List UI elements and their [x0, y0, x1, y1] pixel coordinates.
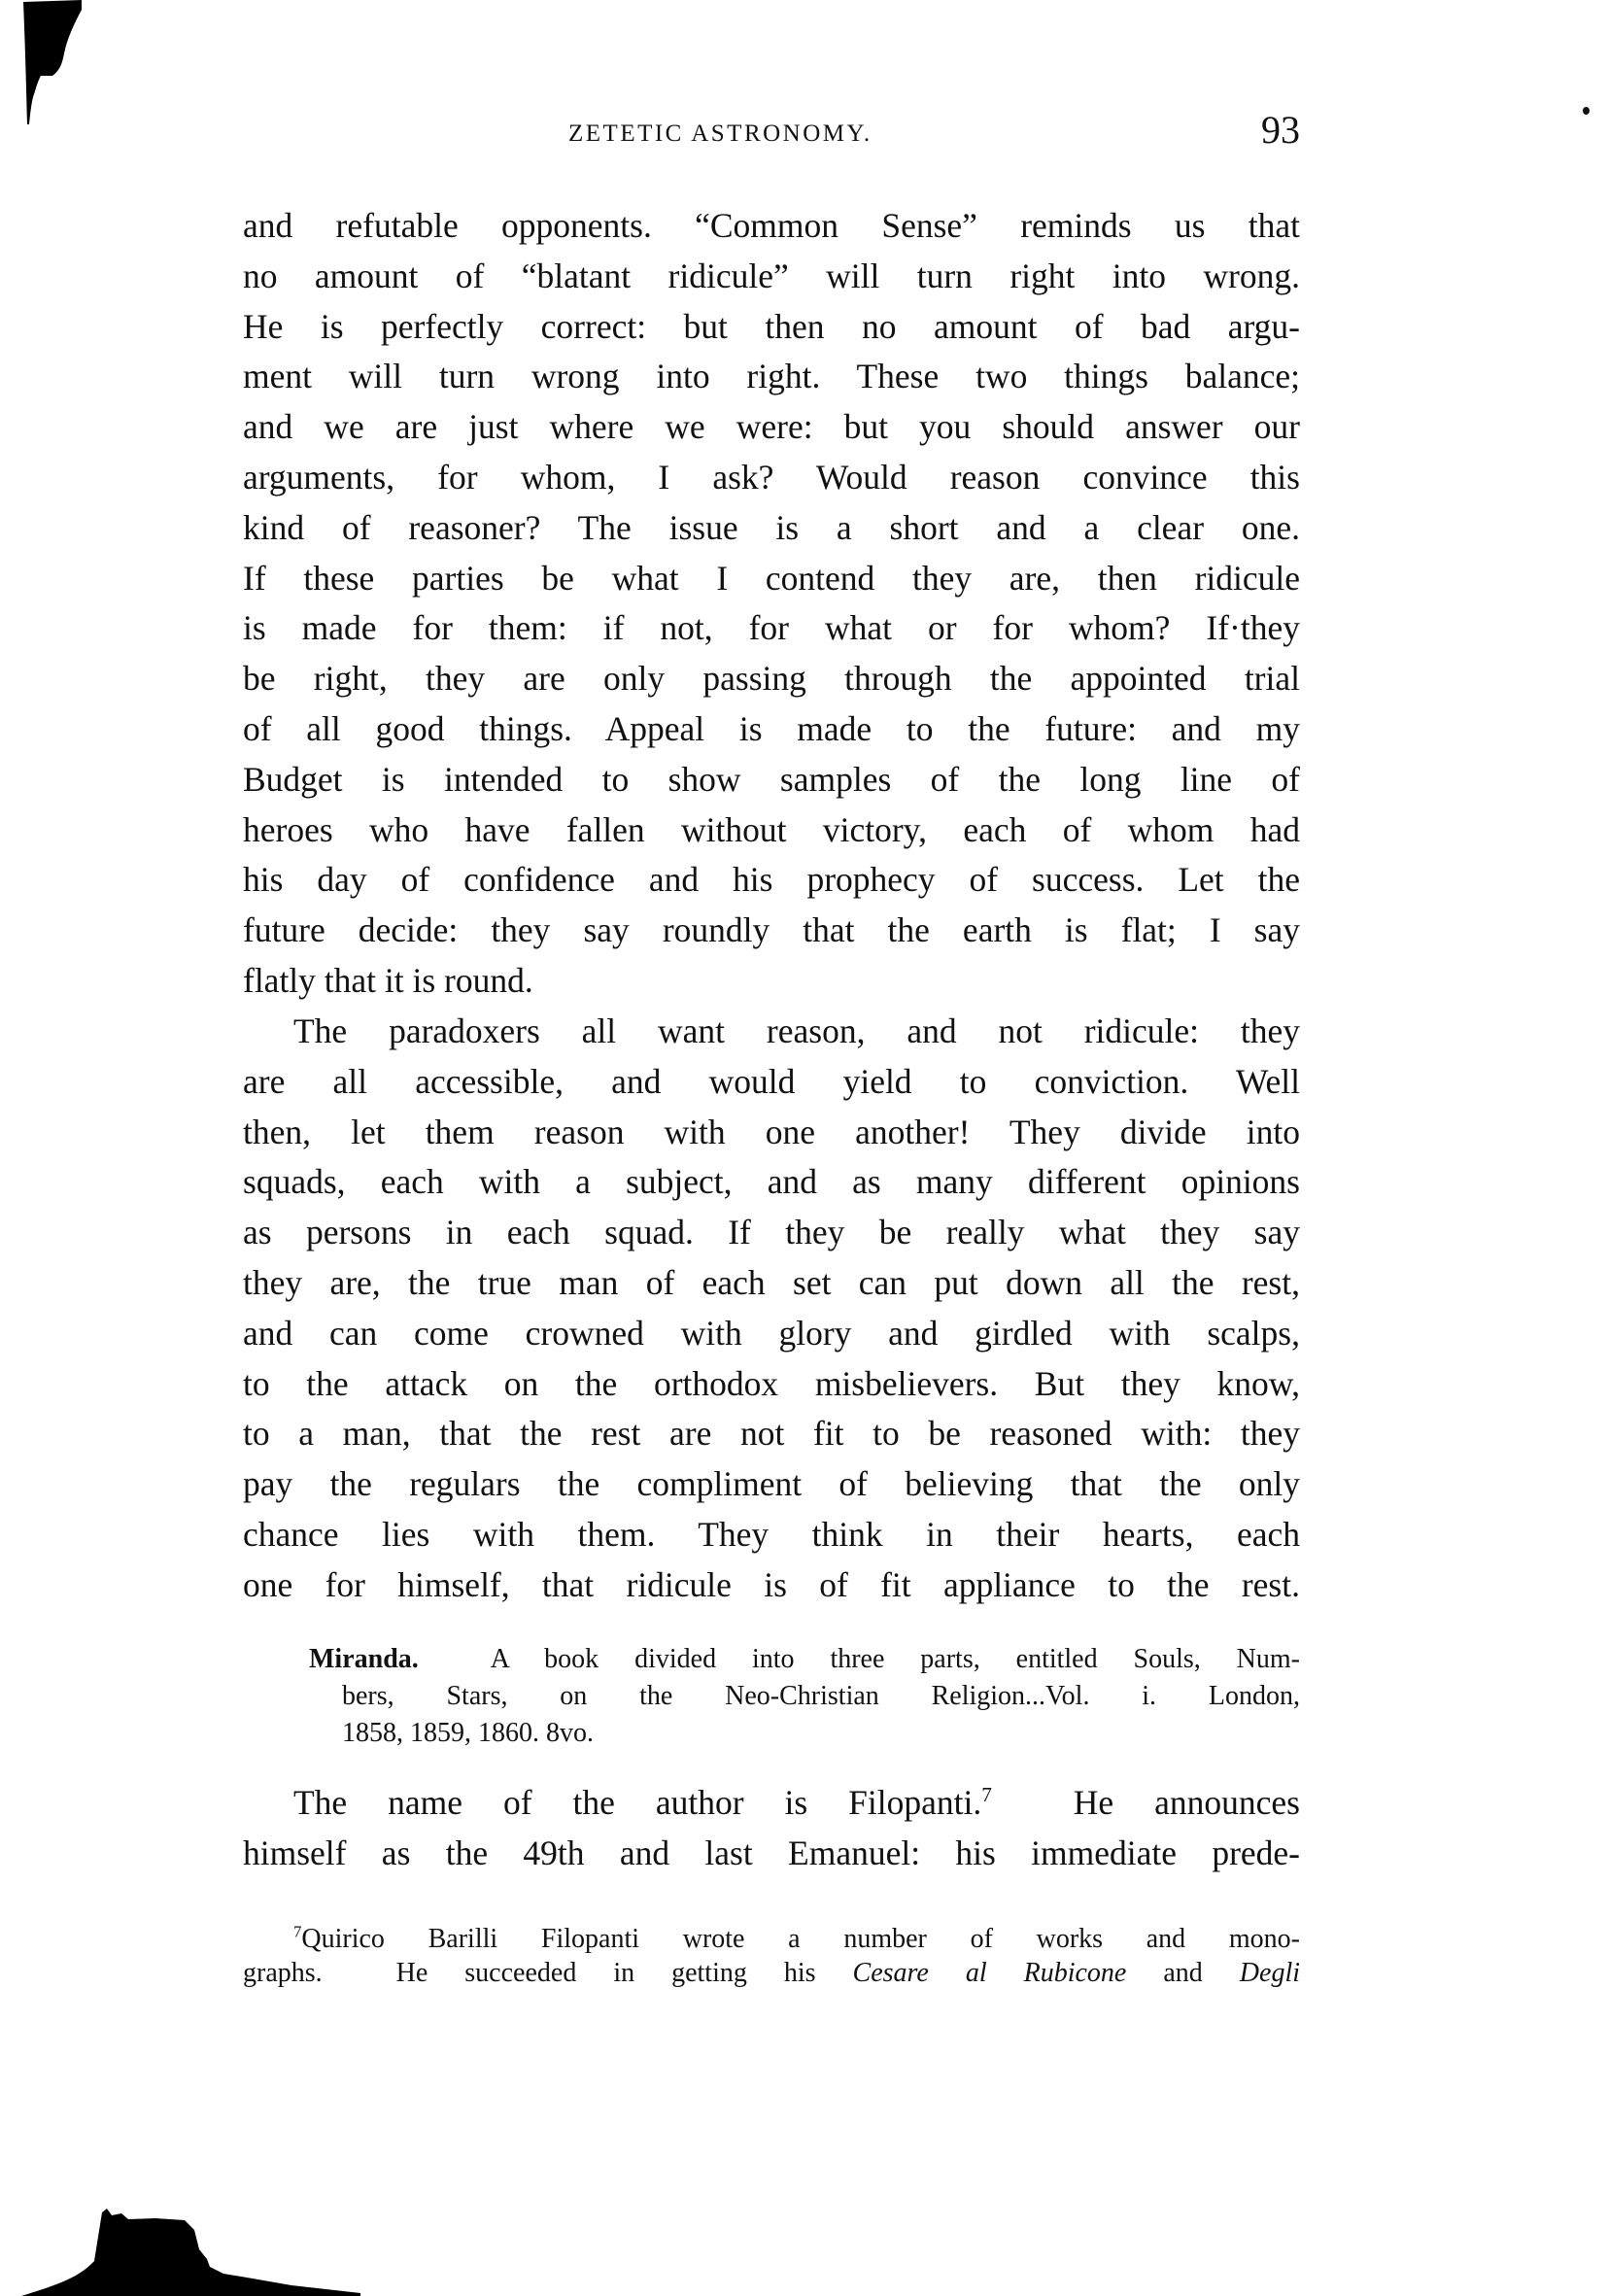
text-line: of all good things. Appeal is made to th… — [243, 704, 1300, 755]
citation-line: bers, Stars, on the Neo-Christian Religi… — [309, 1678, 1300, 1715]
text-line: one for himself, that ridicule is of fit… — [243, 1560, 1300, 1611]
text-line: arguments, for whom, I ask? Would reason… — [243, 453, 1300, 503]
text-line: squads, each with a subject, and as many… — [243, 1157, 1300, 1208]
footnote-line: graphs. He succeeded in getting his Cesa… — [243, 1956, 1300, 1990]
text-line: Budget is intended to show samples of th… — [243, 755, 1300, 805]
text-line: no amount of “blatant ridicule” will tur… — [243, 252, 1300, 302]
text-line: be right, they are only passing through … — [243, 654, 1300, 704]
text-line: as persons in each squad. If they be rea… — [243, 1208, 1300, 1258]
text-line: The paradoxers all want reason, and not … — [243, 1007, 1300, 1057]
footnote-italic-title: Cesare al Rubicone — [853, 1958, 1127, 1988]
text-line: flatly that it is round. — [243, 956, 1300, 1007]
text-line: to the attack on the orthodox misbelieve… — [243, 1359, 1300, 1410]
text-line: are all accessible, and would yield to c… — [243, 1057, 1300, 1108]
running-head: ZETETIC ASTRONOMY. — [568, 117, 872, 152]
scan-artifact-bottom-left — [0, 2206, 369, 2296]
text-line: future decide: they say roundly that the… — [243, 906, 1300, 956]
citation-text: A book divided into three parts, entitle… — [491, 1644, 1300, 1674]
footnote-text: graphs. He succeeded in getting his — [243, 1958, 853, 1988]
footnote-text: and — [1126, 1958, 1239, 1988]
text-line: and can come crowned with glory and gird… — [243, 1309, 1300, 1359]
text-line: they are, the true man of each set can p… — [243, 1258, 1300, 1309]
text-line: chance lies with them. They think in the… — [243, 1510, 1300, 1560]
footnote-line: 7Quirico Barilli Filopanti wrote a numbe… — [243, 1922, 1300, 1956]
text-line: kind of reasoner? The issue is a short a… — [243, 503, 1300, 554]
citation-line: 1858, 1859, 1860. 8vo. — [309, 1715, 1300, 1752]
footnote: 7Quirico Barilli Filopanti wrote a numbe… — [243, 1922, 1300, 1990]
body-paragraph-1: and refutable opponents. “Common Sense” … — [243, 201, 1300, 1007]
page-number: 93 — [1261, 107, 1300, 154]
citation-title: Miranda. — [309, 1644, 419, 1674]
text-line: then, let them reason with one another! … — [243, 1108, 1300, 1158]
text-line: himself as the 49th and last Emanuel: hi… — [243, 1829, 1300, 1879]
text-span: The name of the author is Filopanti. — [293, 1783, 981, 1822]
text-line: his day of confidence and his prophecy o… — [243, 855, 1300, 906]
text-line: He is perfectly correct: but then no amo… — [243, 302, 1300, 353]
text-line: and we are just where we were: but you s… — [243, 402, 1300, 453]
text-line: is made for them: if not, for what or fo… — [243, 603, 1300, 654]
text-line: and refutable opponents. “Common Sense” … — [243, 201, 1300, 252]
text-line: heroes who have fallen without victory, … — [243, 805, 1300, 856]
text-span: He announces — [992, 1783, 1300, 1822]
text-line: to a man, that the rest are not fit to b… — [243, 1409, 1300, 1459]
body-paragraph-2: The paradoxers all want reason, and not … — [243, 1007, 1300, 1611]
footnote-text: Quirico Barilli Filopanti wrote a number… — [301, 1924, 1300, 1954]
text-line: The name of the author is Filopanti.7 He… — [243, 1778, 1300, 1829]
scan-artifact-top-left — [23, 0, 91, 124]
body-paragraph-3: The name of the author is Filopanti.7 He… — [243, 1778, 1300, 1879]
text-line: If these parties be what I contend they … — [243, 554, 1300, 604]
scan-artifact-dot — [1583, 107, 1590, 115]
citation-line: Miranda. A book divided into three parts… — [309, 1641, 1300, 1678]
citation-entry: Miranda. A book divided into three parts… — [309, 1641, 1300, 1752]
footnote-italic-title: Degli — [1240, 1958, 1300, 1988]
text-line: pay the regulars the compliment of belie… — [243, 1459, 1300, 1510]
footnote-reference[interactable]: 7 — [981, 1783, 992, 1806]
text-line: ment will turn wrong into right. These t… — [243, 352, 1300, 402]
